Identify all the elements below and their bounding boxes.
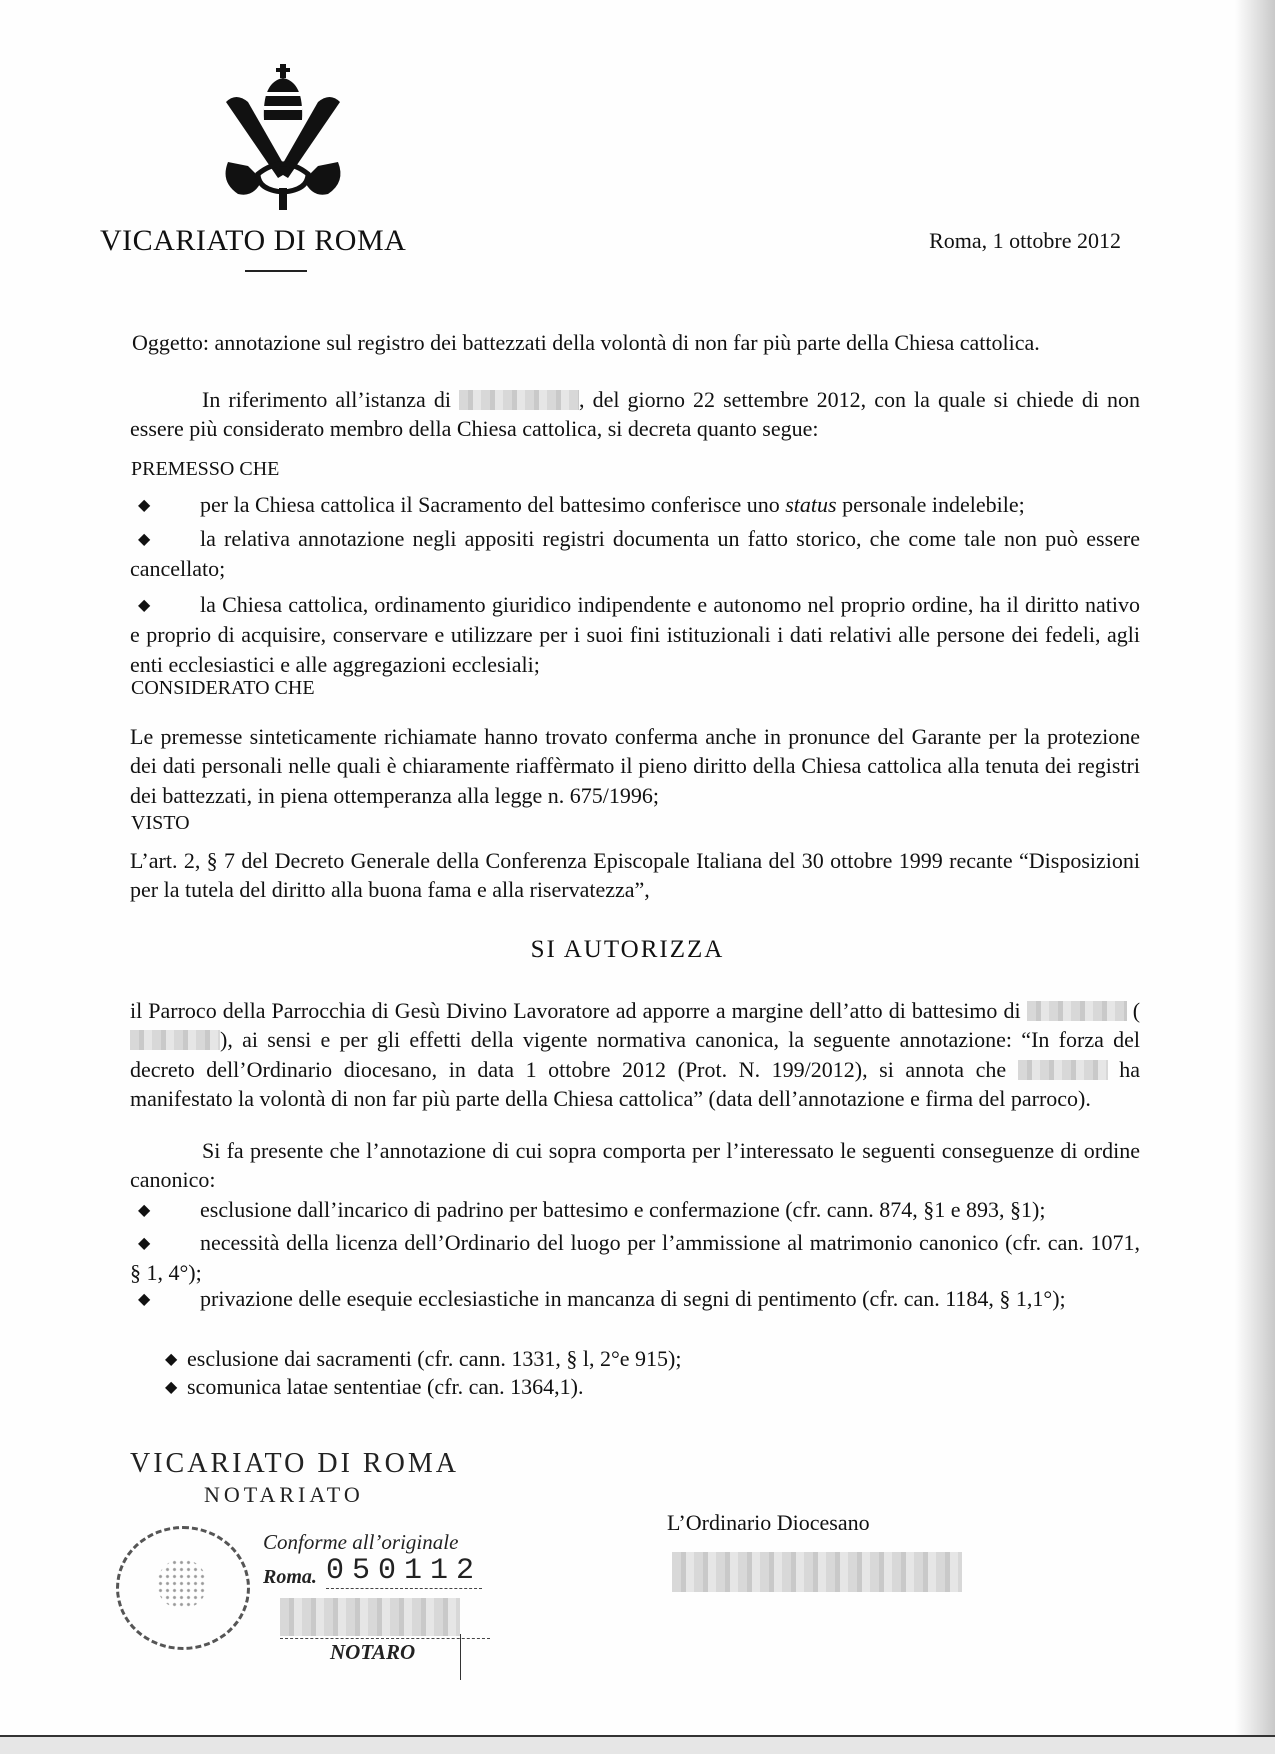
papal-crest-icon [218,62,348,212]
visto-label: VISTO [131,812,190,835]
autorizza-paragraph: il Parroco della Parrocchia di Gesù Divi… [130,996,1140,1114]
scan-edge-shadow [1235,0,1275,1754]
considerato-label: CONSIDERATO CHE [131,677,315,700]
stamp-date: 050112 [326,1554,482,1589]
signature-tick [460,1634,461,1680]
diamond-bullet-icon: ◆ [165,1349,187,1371]
premesso-item: ◆la relativa annotazione negli appositi … [130,524,1140,584]
subject-line: Oggetto: annotazione sul registro dei ba… [132,328,1142,357]
si-autorizza-heading: SI AUTORIZZA [0,936,1255,964]
premesso-item: ◆la Chiesa cattolica, ordinamento giurid… [130,590,1140,680]
considerato-paragraph: Le premesse sinteticamente richiamate ha… [130,722,1140,810]
stamp-subtitle: NOTARIATO [204,1482,364,1508]
institution-title: VICARIATO DI ROMA [100,224,406,258]
notary-stamp: VICARIATO DI ROMA NOTARIATO Conforme all… [108,1448,548,1668]
diamond-bullet-icon: ◆ [130,1200,200,1222]
redacted-person-name [1018,1060,1108,1080]
diamond-bullet-icon: ◆ [130,495,200,517]
stamp-title: VICARIATO DI ROMA [130,1448,459,1480]
stamp-role: NOTARO [330,1640,415,1665]
document-page: VICARIATO DI ROMA Roma, 1 ottobre 2012 O… [0,0,1255,1735]
stamp-date-label: Roma. [263,1566,317,1589]
consequence-item: ◆privazione delle esequie ecclesiastiche… [130,1284,1140,1314]
diamond-bullet-icon: ◆ [130,595,200,617]
consequence-item: ◆esclusione dall’incarico di padrino per… [130,1195,1140,1225]
diamond-bullet-icon: ◆ [165,1377,187,1399]
consequence-item: ◆scomunica latae sententiae (cfr. can. 1… [165,1372,1065,1402]
diamond-bullet-icon: ◆ [130,1233,200,1255]
diamond-bullet-icon: ◆ [130,529,200,551]
redacted-person-name [1027,1001,1127,1021]
intro-before-name: In riferimento all’istanza di [202,387,451,412]
diamond-bullet-icon: ◆ [130,1289,200,1311]
redacted-ordinary-signature [672,1552,962,1592]
redacted-applicant-name [459,390,579,410]
redacted-person-detail [130,1030,220,1050]
consequence-item: ◆esclusione dai sacramenti (cfr. cann. 1… [165,1344,1065,1374]
consequences-intro: Si fa presente che l’annotazione di cui … [130,1136,1140,1195]
consequence-item: ◆necessità della licenza dell’Ordinario … [130,1228,1140,1288]
redacted-notary-signature [280,1598,460,1636]
signatory-label: L’Ordinario Diocesano [667,1510,870,1536]
stamp-conforme: Conforme all’originale [263,1530,458,1555]
place-date: Roma, 1 ottobre 2012 [929,228,1121,254]
premesso-item: ◆per la Chiesa cattolica il Sacramento d… [130,490,1140,520]
intro-paragraph: In riferimento all’istanza di , del gior… [130,385,1140,444]
title-underline [245,270,307,272]
visto-paragraph: L’art. 2, § 7 del Decreto Generale della… [130,846,1140,905]
scan-bottom-edge [0,1735,1275,1754]
circular-seal-icon [116,1526,250,1650]
premesso-label: PREMESSO CHE [131,458,279,481]
